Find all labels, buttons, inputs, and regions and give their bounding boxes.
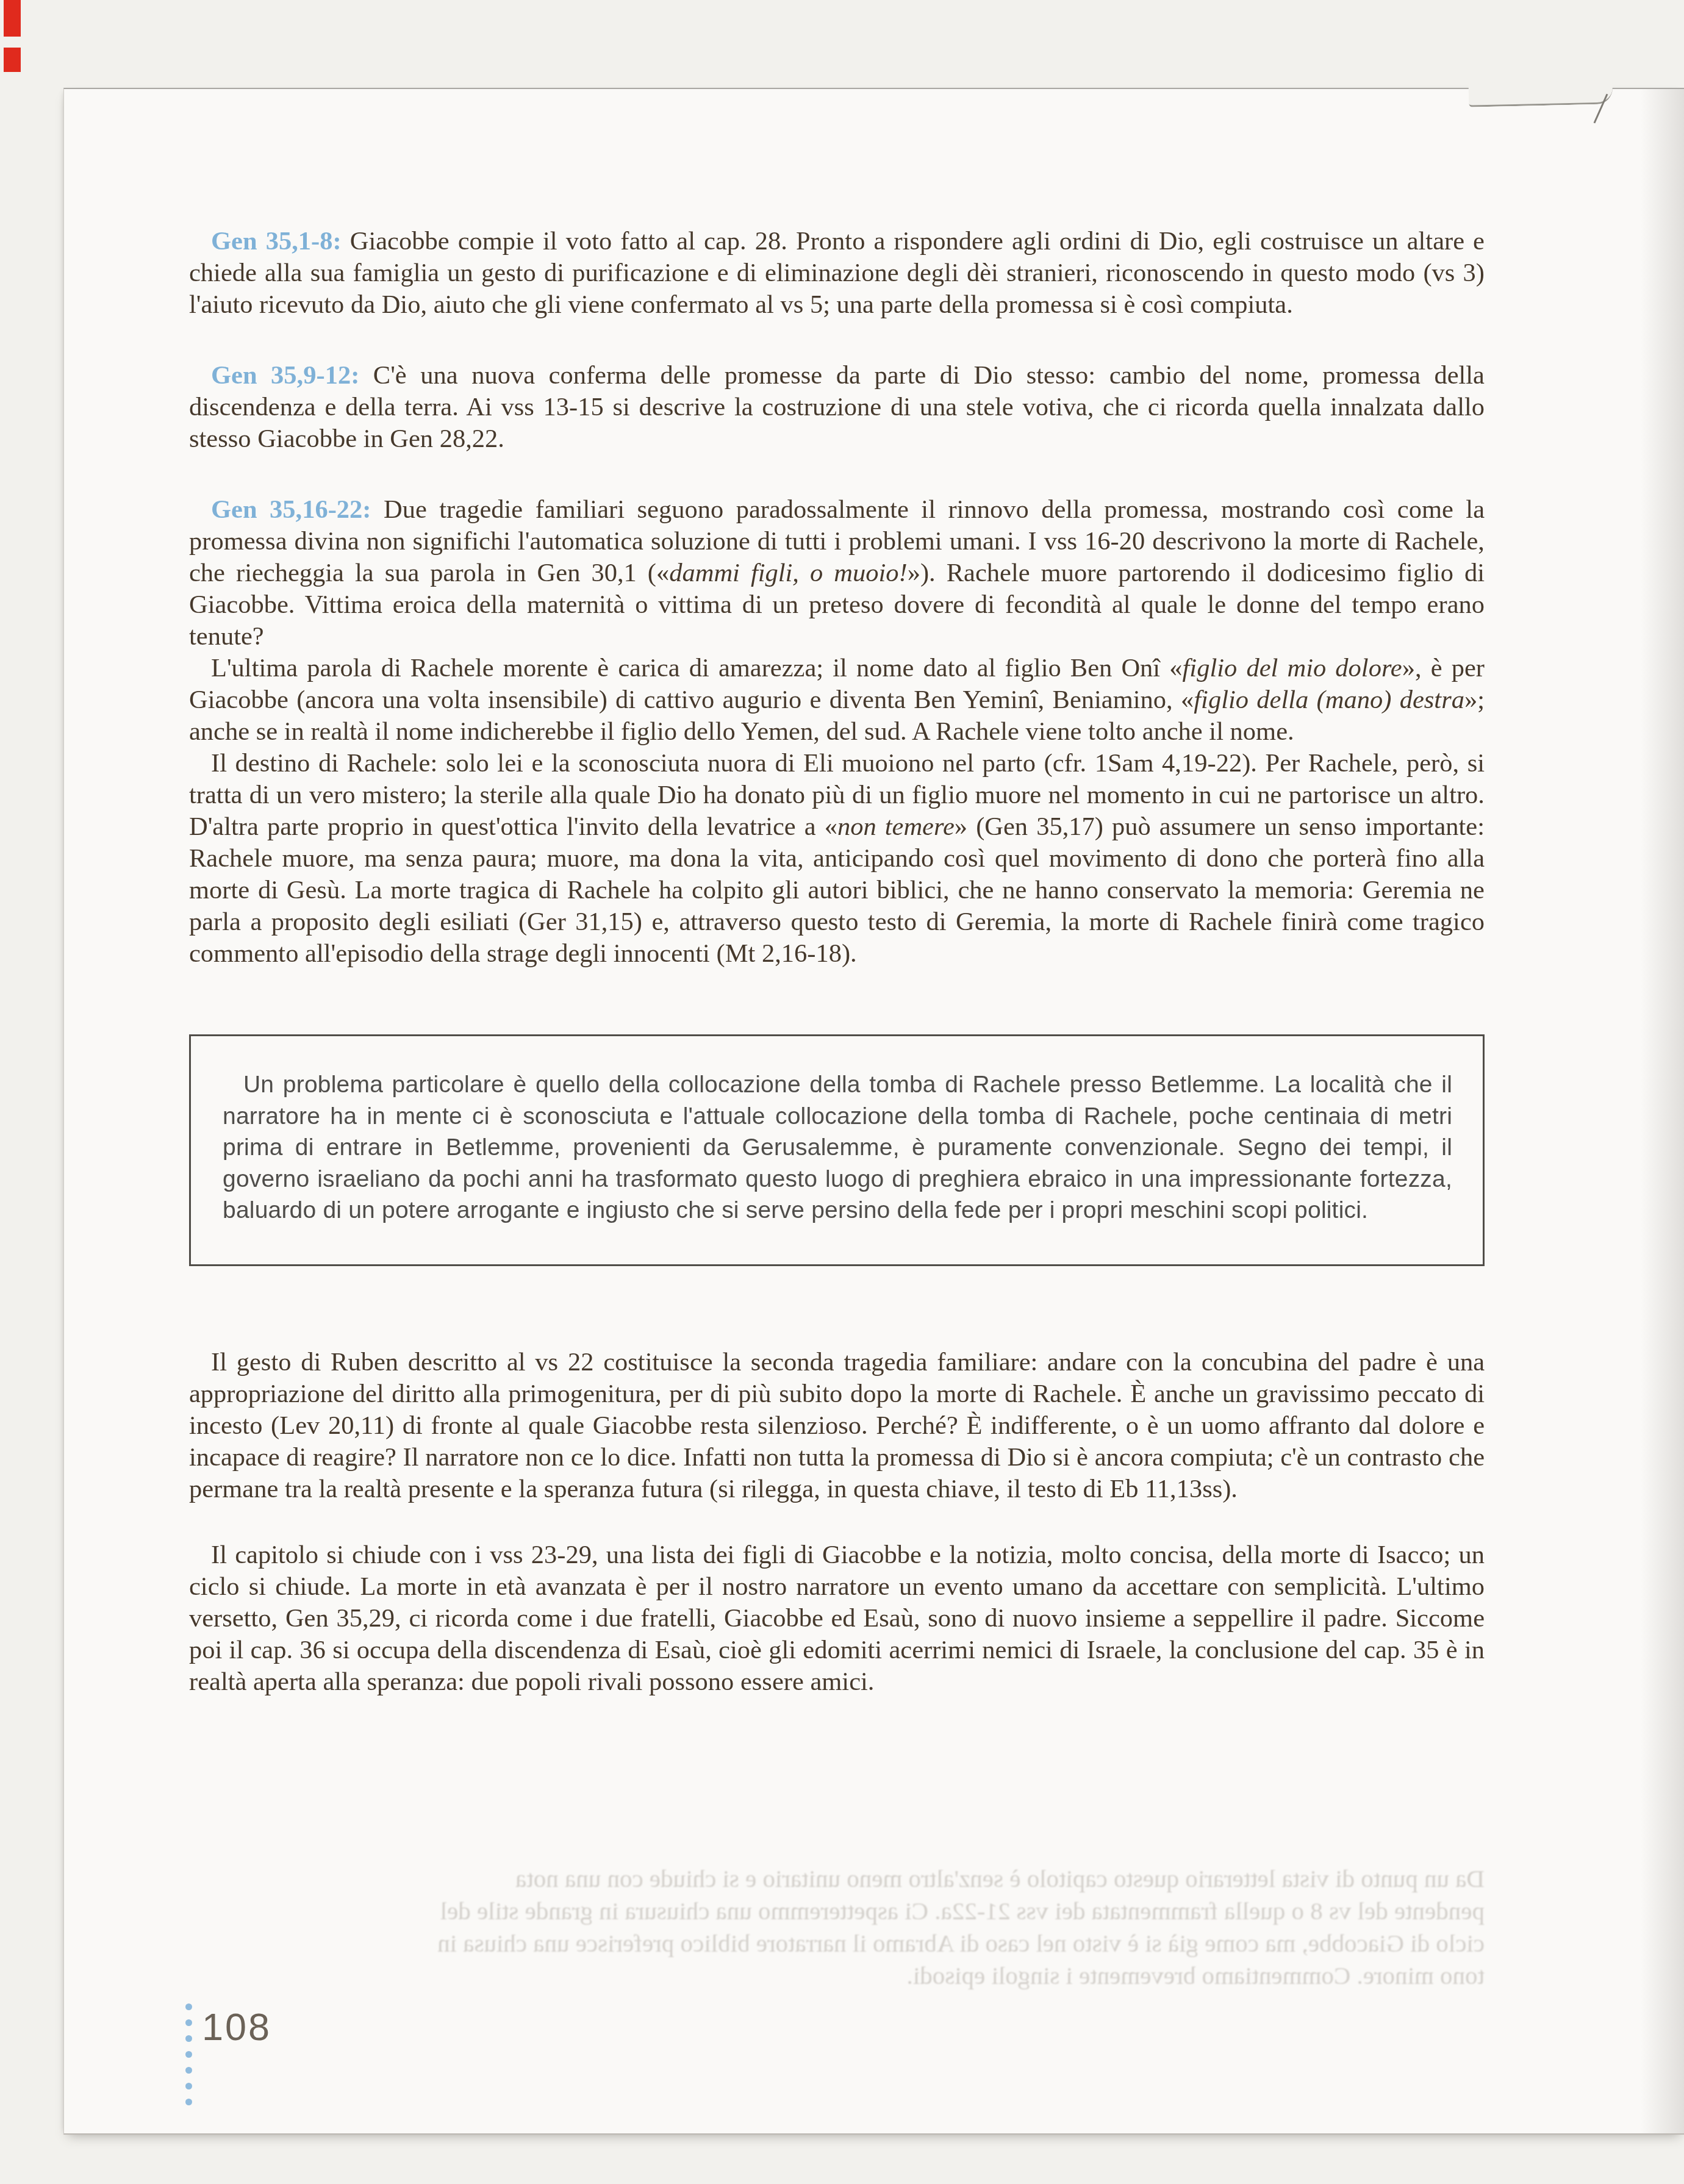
bleed-through-line: tono minore. Commentiamo brevemente i si… [189, 1960, 1485, 1992]
dot [185, 2003, 192, 2010]
paragraph-gen-35-9-12: Gen 35,9-12: C'è una nuova conferma dell… [189, 360, 1485, 455]
dot [185, 2067, 192, 2074]
paragraph-rachele-nome: L'ultima parola di Rachele morente è car… [189, 653, 1485, 748]
note-box-tomba-rachele: Un problema particolare è quello della c… [189, 1034, 1485, 1266]
body-text: Il capitolo si chiude con i vss 23-29, u… [189, 1541, 1485, 1696]
paragraph-gen-35-1-8: Gen 35,1-8: Giacobbe compie il voto fatt… [189, 226, 1485, 321]
body-text: L'ultima parola di Rachele morente è car… [211, 654, 1183, 682]
quoted-italic-text: dammi figli, o muoio! [669, 559, 907, 587]
folio-dotted-rule [185, 2003, 193, 2114]
paragraph-gen-35-16-22: Gen 35,16-22: Due tragedie familiari seg… [189, 494, 1485, 653]
verse-reference: Gen 35,16-22: [211, 495, 384, 524]
dot [185, 2083, 192, 2089]
verse-reference: Gen 35,9-12: [211, 361, 373, 390]
body-text: Un problema particolare è quello della c… [223, 1072, 1452, 1223]
quoted-italic-text: figlio del mio dolore [1183, 654, 1402, 682]
book-page: Gen 35,1-8: Giacobbe compie il voto fatt… [63, 88, 1684, 2135]
red-scan-mark-bottom [4, 48, 21, 72]
bleed-through-line: Da un punto di vista letterario questo c… [189, 1863, 1485, 1895]
dot [185, 2035, 192, 2042]
bleed-through-text: Da un punto di vista letterario questo c… [189, 1863, 1485, 1992]
dot [185, 2051, 192, 2058]
body-text: Giacobbe compie il voto fatto al cap. 28… [189, 227, 1485, 319]
body-text: C'è una nuova conferma delle promesse da… [189, 361, 1485, 453]
bleed-through-line: pendente del vs 8 o quella frammentata d… [189, 1895, 1485, 1927]
red-scan-mark-top [4, 0, 21, 37]
scanned-book-page: { "page": { "accent_blue": "#7fb1d7", "b… [0, 0, 1684, 2184]
paragraph-chiusura-capitolo: Il capitolo si chiude con i vss 23-29, u… [189, 1539, 1485, 1698]
page-number: 108 [202, 2005, 271, 2049]
dot [185, 2019, 192, 2026]
paragraph-gesto-ruben: Il gesto di Ruben descritto al vs 22 cos… [189, 1347, 1485, 1505]
article-text: Gen 35,1-8: Giacobbe compie il voto fatt… [189, 226, 1485, 1698]
page-curl [1469, 80, 1613, 107]
bleed-through-line: ciclo di Giacobbe, ma come già si è vist… [189, 1927, 1485, 1960]
paragraph-destino-rachele: Il destino di Rachele: solo lei e la sco… [189, 748, 1485, 970]
quoted-italic-text: figlio della (mano) destra [1194, 686, 1464, 714]
body-text: Il gesto di Ruben descritto al vs 22 cos… [189, 1348, 1485, 1503]
note-box-text: Un problema particolare è quello della c… [223, 1069, 1452, 1226]
dot [185, 2099, 192, 2105]
quoted-italic-text: non temere [837, 812, 955, 841]
page-right-shadow [1641, 89, 1684, 2133]
verse-reference: Gen 35,1-8: [211, 227, 350, 256]
